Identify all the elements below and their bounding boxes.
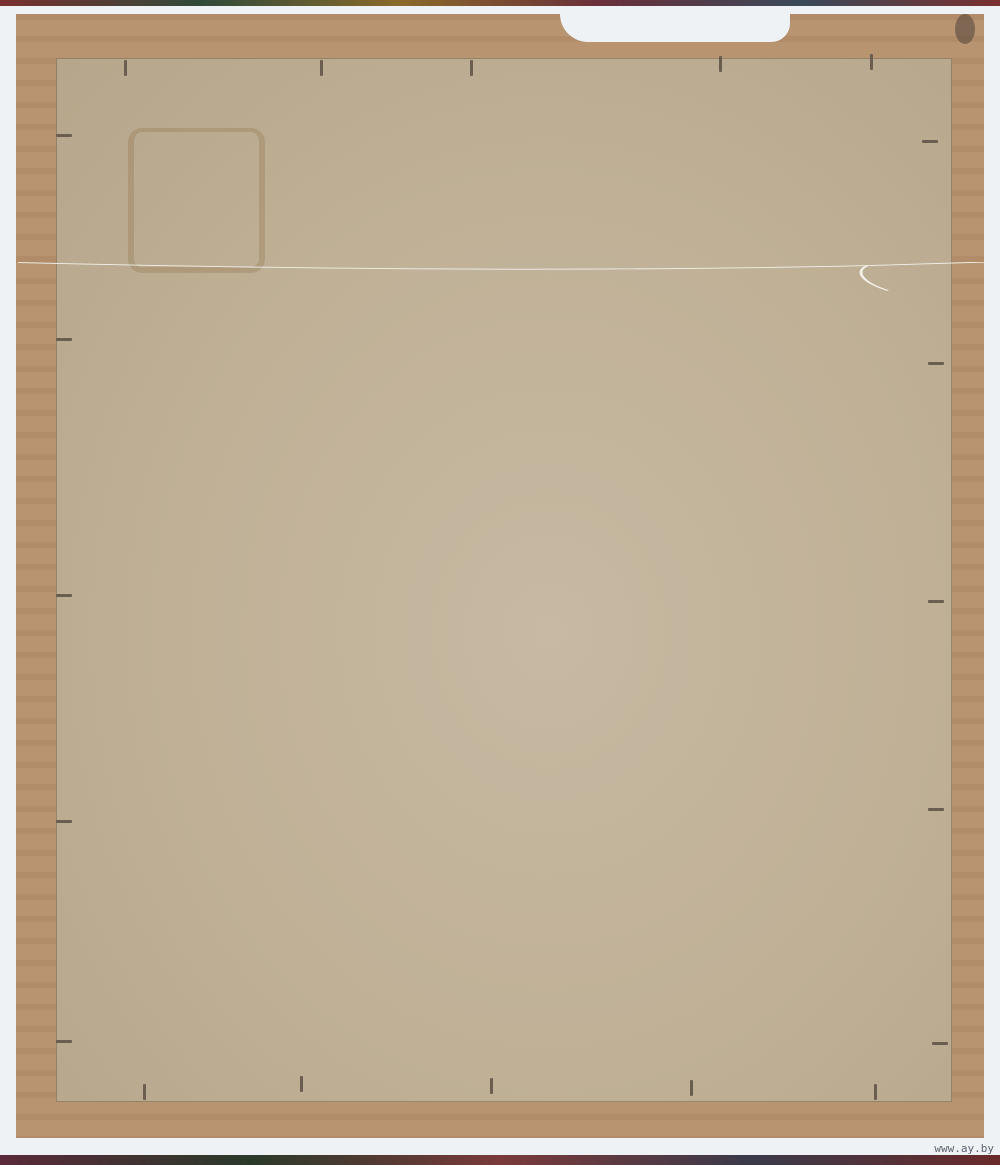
nail-icon: [870, 54, 873, 70]
nail-icon: [928, 362, 944, 365]
nail-icon: [320, 60, 323, 76]
hanging-string: [18, 262, 988, 292]
nail-icon: [56, 134, 72, 137]
nail-icon: [690, 1080, 693, 1096]
nail-icon: [470, 60, 473, 76]
nail-icon: [143, 1084, 146, 1100]
nail-icon: [490, 1078, 493, 1094]
nail-icon: [874, 1084, 877, 1100]
watermark-text: www.ay.by: [934, 1142, 994, 1155]
carpet-background-bottom: [0, 1155, 1000, 1165]
peeling-paint-top: [560, 14, 790, 42]
nail-icon: [124, 60, 127, 76]
nail-icon: [56, 594, 72, 597]
nail-icon: [719, 56, 722, 72]
nail-icon: [932, 1042, 948, 1045]
nail-icon: [56, 1040, 72, 1043]
photo-scene: www.ay.by: [0, 0, 1000, 1165]
nail-icon: [56, 338, 72, 341]
nail-icon: [928, 808, 944, 811]
nail-icon: [56, 820, 72, 823]
nail-icon: [300, 1076, 303, 1092]
nail-icon: [928, 600, 944, 603]
frame-corner-damage: [955, 14, 975, 44]
water-stain: [128, 128, 265, 273]
white-painted-frame-bottom: [0, 1138, 1000, 1156]
nail-icon: [922, 140, 938, 143]
